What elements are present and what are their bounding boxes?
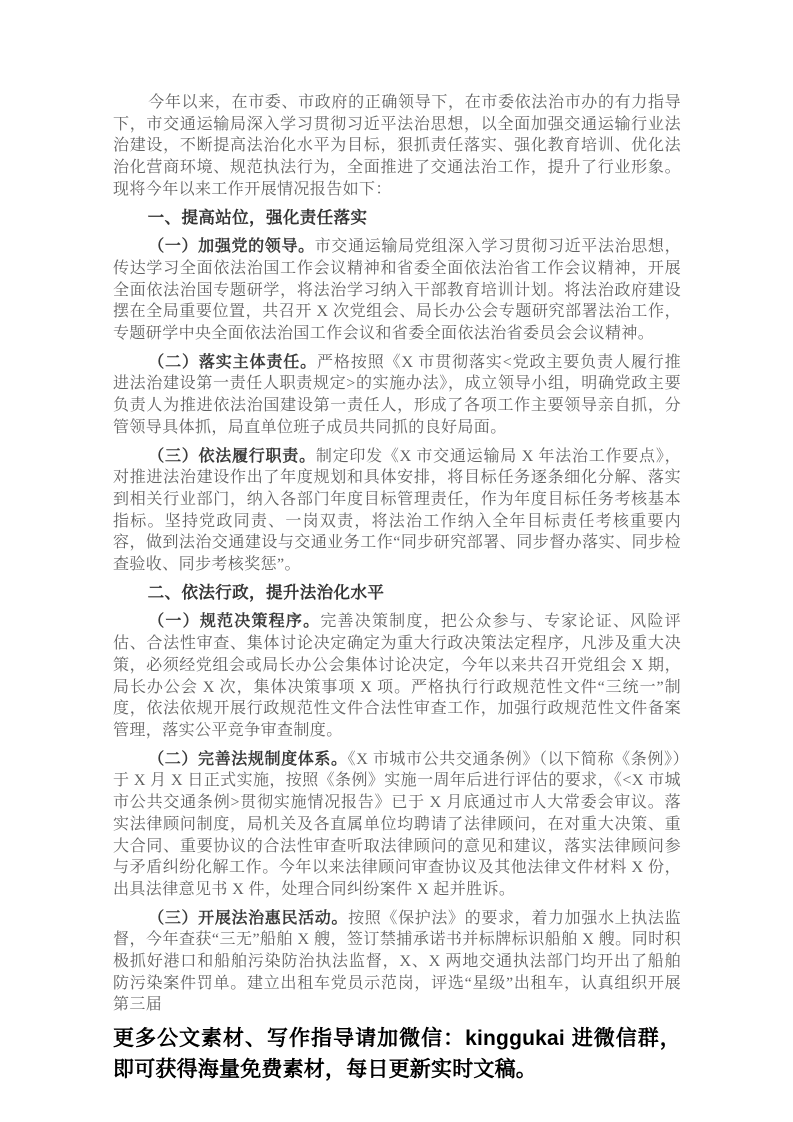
section-heading-1: 一、提高站位，强化责任落实 [113,208,681,230]
paragraph-lead: （二）完善法规制度体系。 [148,751,347,768]
paragraph-lead: （二）落实主体责任。 [148,354,317,371]
paragraph-lead: （一）规范决策程序。 [148,613,320,630]
paragraph-s2-2: （二）完善法规制度体系。《X 市城市公共交通条例》（以下简称《条例》）于 X 月… [113,749,681,901]
paragraph-s2-3: （三）开展法治惠民活动。按照《保护法》的要求，着力加强水上执法监督，今年查获“三… [113,908,681,1017]
paragraph-lead: （三）依法履行职责。 [148,448,316,465]
paragraph-lead: （一）加强党的领导。 [148,238,315,255]
paragraph-lead: （三）开展法治惠民活动。 [148,910,348,927]
paragraph-s1-2: （二）落实主体责任。严格按照《X 市贯彻落实<党政主要负责人履行推进法治建设第一… [113,352,681,439]
paragraph-text: 完善决策制度，把公众参与、专家论证、风险评估、合法性审查、集体讨论决定确定为重大… [113,613,681,739]
paragraph-text: 制定印发《X 市交通运输局 X 年法治工作要点》，对推进法治建设作出了年度规划和… [113,448,681,574]
promo-footer-text: 更多公文素材、写作指导请加微信：kinggukai 进微信群，即可获得海量免费素… [113,1027,681,1081]
paragraph-s1-3: （三）依法履行职责。制定印发《X 市交通运输局 X 年法治工作要点》，对推进法治… [113,446,681,576]
paragraph-text: 《X 市城市公共交通条例》（以下简称《条例》）于 X 月 X 日正式实施，按照《… [113,751,681,898]
promo-footer-note: 更多公文素材、写作指导请加微信：kinggukai 进微信群，即可获得海量免费素… [113,1023,681,1085]
document-page: 今年以来，在市委、市政府的正确领导下，在市委依法治市办的有力指导下，市交通运输局… [0,0,793,1122]
intro-paragraph: 今年以来，在市委、市政府的正确领导下，在市委依法治市办的有力指导下，市交通运输局… [113,92,681,201]
paragraph-s2-1: （一）规范决策程序。完善决策制度，把公众参与、专家论证、风险评估、合法性审查、集… [113,611,681,741]
section-heading-2: 二、依法行政，提升法治化水平 [113,583,681,605]
intro-text: 今年以来，在市委、市政府的正确领导下，在市委依法治市办的有力指导下，市交通运输局… [113,94,681,198]
paragraph-s1-1: （一）加强党的领导。市交通运输局党组深入学习贯彻习近平法治思想，传达学习全面依法… [113,236,681,345]
